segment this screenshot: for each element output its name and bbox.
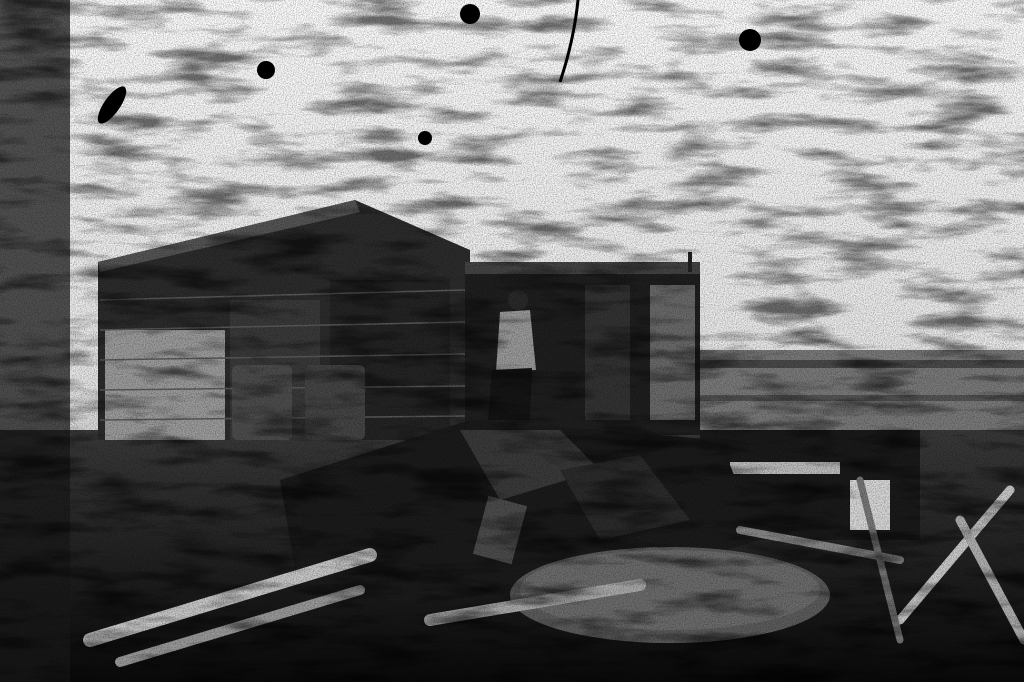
- scene: [0, 0, 1024, 682]
- photograph: [0, 0, 1024, 682]
